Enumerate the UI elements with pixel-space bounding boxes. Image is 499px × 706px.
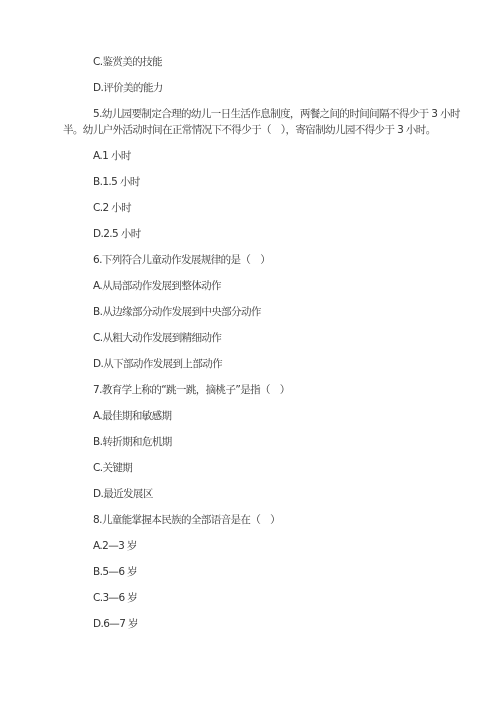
document-page: C.鉴赏美的技能D.评价美的能力5.幼儿园要制定合理的幼儿一日生活作息制度，两餐… (0, 0, 499, 706)
option-text: D.从下部动作发展到上部动作 (63, 356, 493, 372)
option-text: D.6—7 岁 (63, 616, 493, 632)
option-text: A.2—3 岁 (63, 538, 493, 554)
option-text: D.最近发展区 (63, 486, 493, 502)
option-text: B.5—6 岁 (63, 564, 493, 580)
option-text: C.3—6 岁 (63, 590, 493, 606)
question-text: 8.儿童能掌握本民族的全部语音是在（ ） (63, 512, 493, 528)
option-text: A.1 小时 (63, 148, 493, 164)
option-text: A.从局部动作发展到整体动作 (63, 278, 493, 294)
question-text: 6.下列符合儿童动作发展规律的是（ ） (63, 252, 493, 268)
option-text: B.从边缘部分动作发展到中央部分动作 (63, 304, 493, 320)
option-text: B.1.5 小时 (63, 174, 493, 190)
option-text: C.从粗大动作发展到精细动作 (63, 330, 493, 346)
option-text: B.转折期和危机期 (63, 434, 493, 450)
option-text: C.2 小时 (63, 200, 493, 216)
question-text-continuation: 半。幼儿户外活动时间在正常情况下不得少于（ ），寄宿制幼儿园不得少于 3 小时。 (63, 122, 493, 138)
document-content: C.鉴赏美的技能D.评价美的能力5.幼儿园要制定合理的幼儿一日生活作息制度，两餐… (63, 54, 493, 642)
option-text: D.2.5 小时 (63, 226, 493, 242)
option-text: C.关键期 (63, 460, 493, 476)
question-text: 5.幼儿园要制定合理的幼儿一日生活作息制度，两餐之间的时间间隔不得少于 3 小时 (63, 106, 493, 122)
option-text: C.鉴赏美的技能 (63, 54, 493, 70)
question-text: 7.教育学上称的“跳一跳，摘桃子”是指（ ） (63, 382, 493, 398)
option-text: A.最佳期和敏感期 (63, 408, 493, 424)
option-text: D.评价美的能力 (63, 80, 493, 96)
